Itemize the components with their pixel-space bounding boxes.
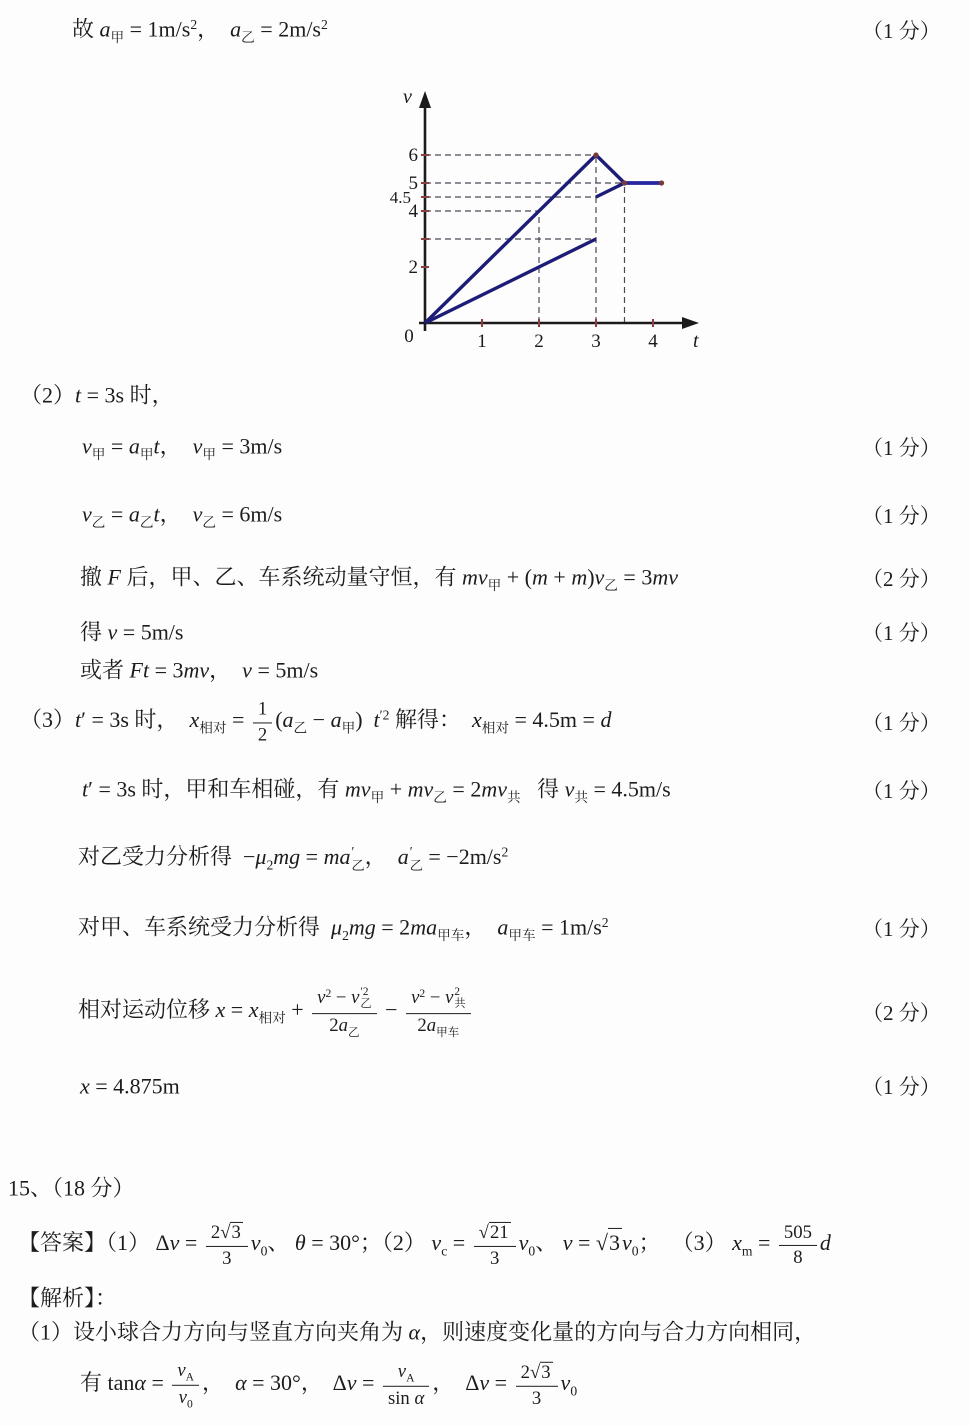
formula-subscript: 相对 <box>258 1011 285 1026</box>
solution-line: 故 a甲 = 1m/s2， a乙 = 2m/s2 <box>72 15 328 44</box>
formula-text: 15、（18 分） <box>8 1175 135 1200</box>
formula-text: = <box>447 1230 470 1255</box>
formula-subscript: 甲 <box>488 578 502 593</box>
formula-variable: a <box>339 1015 348 1036</box>
formula-fraction: v2 − v2共2a甲车 <box>406 986 471 1038</box>
formula-subscript: 2 <box>342 928 349 943</box>
formula-variable: ma <box>324 844 351 869</box>
formula-text: 2 <box>521 1362 530 1383</box>
formula-text: = 4.875m <box>90 1073 180 1098</box>
formula-text: 21 <box>490 1222 509 1243</box>
formula-variable: mv <box>481 776 507 801</box>
formula-text: 3 <box>541 1362 550 1383</box>
formula-text: = 3 <box>149 657 183 682</box>
y-tick-label: 6 <box>409 145 419 166</box>
formula-superscript: 2 <box>501 845 508 860</box>
solution-line: x = 4.875m <box>80 1072 180 1100</box>
formula-text: = 1m/s <box>124 16 190 41</box>
x-tick-label: 3 <box>591 331 601 352</box>
formula-fraction: 12 <box>253 698 272 745</box>
formula-text: ( <box>275 707 282 732</box>
formula-variable: v <box>479 1370 489 1395</box>
formula-superscript: ′2 <box>380 708 390 723</box>
formula-text: = <box>146 1370 169 1395</box>
formula-subscript: A <box>406 1371 414 1384</box>
formula-text: 得 <box>521 776 565 801</box>
v-axis-arrow <box>419 91 431 108</box>
formula-subscript: 甲车 <box>508 928 535 943</box>
formula-subscript: A <box>186 1370 194 1383</box>
solution-document-page: 1234654.5420tv 故 a甲 = 1m/s2， a乙 = 2m/s2（… <box>0 0 970 1426</box>
score-label: （2 分） <box>862 997 941 1027</box>
formula-text: − <box>307 707 330 732</box>
formula-text: − <box>331 987 351 1008</box>
formula-radical: √21 <box>479 1222 511 1244</box>
formula-text: 505 <box>784 1221 812 1242</box>
score-label: （1 分） <box>862 913 941 943</box>
formula-variable: v <box>519 1230 529 1255</box>
solution-line: v甲 = a甲t， v甲 = 3m/s <box>82 432 282 461</box>
formula-text: 有 tan <box>80 1370 134 1395</box>
formula-subscript: 共 <box>574 790 588 805</box>
formula-subscript: 0 <box>570 1384 577 1399</box>
formula-variable: v <box>351 987 359 1008</box>
formula-variable: v <box>108 619 118 644</box>
y-axis-label: v <box>403 86 412 108</box>
formula-variable: mv <box>408 776 434 801</box>
formula-text: = 4.5m = <box>509 707 600 732</box>
score-label: （2 分） <box>862 563 941 593</box>
formula-text: ， <box>464 914 497 939</box>
formula-subscript: 乙 <box>604 578 618 593</box>
formula-subscript: 甲 <box>202 447 216 462</box>
formula-fraction: vAv0 <box>172 1360 199 1410</box>
solution-line: （1）设小球合力方向与竖直方向夹角为 α，则速度变化量的方向与合力方向相同， <box>18 1318 816 1346</box>
formula-variable: v <box>398 1361 406 1382</box>
formula-text: 3 <box>532 1388 541 1409</box>
formula-text: 3 <box>609 1230 620 1255</box>
endpoint-dot <box>622 180 627 185</box>
formula-variable: d <box>820 1230 831 1255</box>
score-label: （1 分） <box>862 617 941 647</box>
formula-text: ， <box>202 1370 235 1395</box>
formula-text: = 30°；（2） <box>306 1230 432 1255</box>
formula-variable: v <box>595 564 605 589</box>
formula-radical: √3 <box>220 1222 243 1244</box>
formula-text: = −2m/s <box>423 844 502 869</box>
formula-variable: v <box>445 987 453 1008</box>
x-tick-label: 1 <box>477 331 487 352</box>
score-label: （1 分） <box>862 1071 941 1101</box>
formula-variable: θ <box>295 1230 306 1255</box>
formula-variable: x <box>472 707 482 732</box>
formula-variable: a <box>331 707 342 732</box>
formula-text: （1）设小球合力方向与竖直方向夹角为 <box>18 1319 409 1344</box>
endpoint-dot <box>659 180 664 185</box>
formula-text: 、 <box>535 1230 563 1255</box>
formula-text: = <box>357 1370 380 1395</box>
formula-subscript: 甲车 <box>437 928 464 943</box>
formula-variable: d <box>600 707 611 732</box>
t-axis-arrow <box>682 317 699 329</box>
formula-variable: mv <box>345 776 371 801</box>
formula-variable: x <box>80 1073 90 1098</box>
formula-text: ， <box>160 501 193 526</box>
formula-subscript: 乙 <box>92 515 106 530</box>
formula-variable: Ft <box>130 657 150 682</box>
formula-text: = 4.5m/s <box>588 776 671 801</box>
origin-label: 0 <box>404 326 414 347</box>
jia-cart-velocity-line <box>596 183 625 197</box>
score-label: （1 分） <box>862 500 941 530</box>
formula-text: 故 <box>72 16 100 41</box>
formula-subscript: 甲 <box>111 30 125 45</box>
formula-variable: a <box>129 433 140 458</box>
formula-variable: x <box>216 997 226 1022</box>
formula-text: 2 <box>258 724 267 745</box>
formula-fraction: vAsin α <box>383 1361 429 1410</box>
formula-variable: x <box>732 1230 742 1255</box>
formula-text: ， Δ <box>432 1370 479 1395</box>
formula-text: 3 <box>222 1248 231 1269</box>
formula-subsup: ′2乙 <box>360 987 371 1011</box>
formula-subscript: 甲 <box>140 447 154 462</box>
formula-variable: a <box>497 914 508 939</box>
solution-line: 对甲、车系统受力分析得 μ2mg = 2ma甲车， a甲车 = 1m/s2 <box>78 913 609 942</box>
formula-variable: F <box>108 564 121 589</box>
formula-subscript: 相对 <box>199 721 226 736</box>
formula-text: 对甲、车系统受力分析得 <box>78 914 331 939</box>
formula-text: 、 <box>267 1230 295 1255</box>
formula-text: sin <box>388 1388 414 1409</box>
formula-variable: v <box>242 657 252 682</box>
solution-line: t′ = 3s 时，甲和车相碰，有 mv甲 + mv乙 = 2mv共 得 v共 … <box>82 775 671 804</box>
formula-text: = 6m/s <box>216 501 282 526</box>
formula-text: ， <box>197 16 230 41</box>
formula-subscript: 乙 <box>241 30 255 45</box>
y-tick-label: 4 <box>409 201 419 222</box>
velocity-time-chart: 1234654.5420tv <box>385 85 720 377</box>
formula-variable: v <box>179 1387 187 1408</box>
score-label: （1 分） <box>862 707 941 737</box>
solution-line: 相对运动位移 x = x相对 + v2 − v′2乙2a乙 − v2 − v2共… <box>78 986 474 1038</box>
jia-velocity-line <box>425 239 596 323</box>
formula-variable: α <box>235 1370 247 1395</box>
formula-text: = <box>105 501 128 526</box>
formula-variable: α <box>134 1370 146 1395</box>
formula-subscript: 相对 <box>482 721 509 736</box>
formula-text: 1 <box>258 698 267 719</box>
formula-variable: m <box>532 564 548 589</box>
formula-fraction: 5058 <box>779 1221 817 1268</box>
formula-subscript: 乙 <box>140 515 154 530</box>
formula-radical: √3 <box>596 1228 622 1257</box>
formula-text: 3 <box>231 1222 240 1243</box>
formula-variable: v <box>251 1230 261 1255</box>
solution-line: 得 v = 5m/s <box>80 618 183 646</box>
solution-line: 【解析】： <box>18 1284 117 1312</box>
x-axis-label: t <box>693 330 699 352</box>
formula-variable: a <box>398 844 409 869</box>
formula-text: = <box>572 1230 595 1255</box>
formula-text: 得 <box>80 619 108 644</box>
formula-variable: α <box>409 1319 421 1344</box>
formula-variable: m <box>571 564 587 589</box>
formula-superscript: 2 <box>321 17 328 32</box>
x-tick-label: 4 <box>648 331 658 352</box>
formula-text: 2 <box>211 1222 220 1243</box>
velocity-time-graph: 1234654.5420tv <box>385 85 720 377</box>
formula-text: ′ = 3s 时，甲和车相碰，有 <box>88 776 345 801</box>
formula-text: 解得： <box>389 707 472 732</box>
score-label: （1 分） <box>862 15 941 45</box>
formula-variable: v <box>177 1360 185 1381</box>
formula-variable: v <box>193 433 203 458</box>
formula-subscript: 0 <box>187 1398 193 1411</box>
formula-text: 【答案】（1） Δ <box>18 1230 170 1255</box>
formula-text: ， <box>365 844 398 869</box>
solution-line: 对乙受力分析得 −μ2mg = ma′乙， a′乙 = −2m/s2 <box>78 843 508 873</box>
formula-text: = 3s 时， <box>81 382 173 407</box>
formula-text: 8 <box>793 1247 802 1268</box>
formula-variable: v <box>347 1370 357 1395</box>
formula-text: = <box>752 1230 775 1255</box>
formula-text: = 1m/s <box>536 914 602 939</box>
formula-variable: mv <box>652 564 678 589</box>
solution-line: （2）t = 3s 时， <box>20 381 174 409</box>
formula-variable: v <box>82 501 92 526</box>
formula-variable: x <box>189 707 199 732</box>
formula-text: = <box>105 433 128 458</box>
formula-variable: v <box>561 1370 571 1395</box>
formula-variable: μ <box>331 914 342 939</box>
score-label: （1 分） <box>862 432 941 462</box>
formula-text: + ( <box>501 564 532 589</box>
axis-ticks <box>421 155 653 327</box>
formula-text: ) <box>587 564 594 589</box>
formula-text: ′ = 3s 时， <box>81 707 189 732</box>
formula-text: = <box>225 997 248 1022</box>
solution-line: 或者 Ft = 3mv， v = 5m/s <box>80 656 318 684</box>
formula-subscript: 甲 <box>92 447 106 462</box>
formula-text: ， <box>160 433 193 458</box>
axes <box>419 103 685 331</box>
formula-subscript: 乙 <box>294 721 308 736</box>
formula-text: 或者 <box>80 657 130 682</box>
formula-text: = 2m/s <box>255 16 321 41</box>
formula-fraction: √213 <box>474 1221 516 1269</box>
solution-line: （3）t′ = 3s 时， x相对 = 12(a乙 − a甲) t′2 解得： … <box>20 698 611 745</box>
formula-variable: a <box>283 707 294 732</box>
formula-variable: mg <box>349 914 376 939</box>
y-tick-label: 2 <box>409 257 419 278</box>
solution-line: 有 tanα = vAv0， α = 30°， Δv = vAsin α， Δv… <box>80 1360 577 1410</box>
formula-subscript: 乙 <box>202 515 216 530</box>
formula-subsup: ′乙 <box>351 845 364 873</box>
formula-variable: v <box>565 776 575 801</box>
formula-subscript: 乙 <box>348 1025 360 1038</box>
solution-line: 【答案】（1） Δv = 2√33v0、 θ = 30°；（2） vc = √2… <box>18 1221 831 1269</box>
formula-text: − <box>380 997 403 1022</box>
formula-variable: mg <box>273 844 300 869</box>
formula-variable: μ <box>255 844 266 869</box>
formula-subscript: 甲 <box>371 790 385 805</box>
formula-variable: a <box>129 501 140 526</box>
x-tick-label: 2 <box>534 331 544 352</box>
formula-subscript: 乙 <box>433 790 447 805</box>
formula-subscript: 0 <box>632 1244 639 1259</box>
formula-text: + <box>384 776 407 801</box>
solution-line: v乙 = a乙t， v乙 = 6m/s <box>82 500 282 529</box>
formula-text: ，则速度变化量的方向与合力方向相同， <box>420 1319 816 1344</box>
formula-text: ) <box>355 707 373 732</box>
formula-text: = 5m/s <box>117 619 183 644</box>
formula-radical: √3 <box>530 1362 553 1384</box>
formula-variable: v <box>622 1230 632 1255</box>
formula-text: 后，甲、乙、车系统动量守恒，有 <box>121 564 462 589</box>
formula-text: ， <box>209 657 242 682</box>
formula-text: = 5m/s <box>252 657 318 682</box>
formula-text: − <box>425 987 445 1008</box>
solution-line: 撤 F 后，甲、乙、车系统动量守恒，有 mv甲 + (m + m)v乙 = 3m… <box>80 563 678 592</box>
formula-text: ； （3） <box>639 1230 733 1255</box>
formula-text: = <box>226 707 249 732</box>
formula-text: 撤 <box>80 564 108 589</box>
formula-text: = <box>300 844 323 869</box>
formula-subscript: 甲 <box>342 721 356 736</box>
formula-subscript: 共 <box>507 790 521 805</box>
formula-variable: mv <box>462 564 488 589</box>
formula-text: （2） <box>20 382 75 407</box>
formula-variable: v <box>170 1230 180 1255</box>
formula-text: 对乙受力分析得 − <box>78 844 255 869</box>
formula-variable: x <box>249 997 259 1022</box>
formula-superscript: 2 <box>602 915 609 930</box>
formula-text: = <box>489 1370 512 1395</box>
formula-variable: v <box>82 433 92 458</box>
formula-text: 【解析】： <box>18 1285 117 1310</box>
formula-text: 3 <box>490 1248 499 1269</box>
formula-text: = 3 <box>618 564 652 589</box>
formula-text: 2 <box>417 1015 426 1036</box>
formula-variable: α <box>414 1388 424 1409</box>
formula-text: 2 <box>329 1015 338 1036</box>
formula-text: + <box>548 564 571 589</box>
formula-fraction: v2 − v′2乙2a乙 <box>312 986 377 1038</box>
formula-text: = <box>179 1230 202 1255</box>
formula-text: + <box>286 997 309 1022</box>
formula-variable: mv <box>184 657 210 682</box>
formula-variable: a <box>100 16 111 41</box>
formula-text: = 2 <box>447 776 481 801</box>
formula-subsup: 2共 <box>454 987 465 1011</box>
formula-variable: v <box>193 501 203 526</box>
formula-fraction: 2√33 <box>516 1361 558 1409</box>
formula-variable: a <box>230 16 241 41</box>
formula-variable: v <box>431 1230 441 1255</box>
formula-text: （3） <box>20 707 75 732</box>
formula-subscript: m <box>742 1244 753 1259</box>
formula-fraction: 2√33 <box>206 1221 248 1269</box>
score-label: （1 分） <box>862 775 941 805</box>
formula-subscript: 甲车 <box>436 1025 459 1038</box>
formula-text: = 2 <box>376 914 410 939</box>
formula-variable: a <box>427 1015 436 1036</box>
formula-text: 相对运动位移 <box>78 997 216 1022</box>
formula-text: = 3m/s <box>216 433 282 458</box>
formula-subsup: ′乙 <box>410 845 423 873</box>
formula-variable: ma <box>410 914 437 939</box>
formula-text: = 30°， Δ <box>247 1370 347 1395</box>
solution-line: 15、（18 分） <box>8 1174 135 1202</box>
endpoint-dot <box>593 152 598 157</box>
